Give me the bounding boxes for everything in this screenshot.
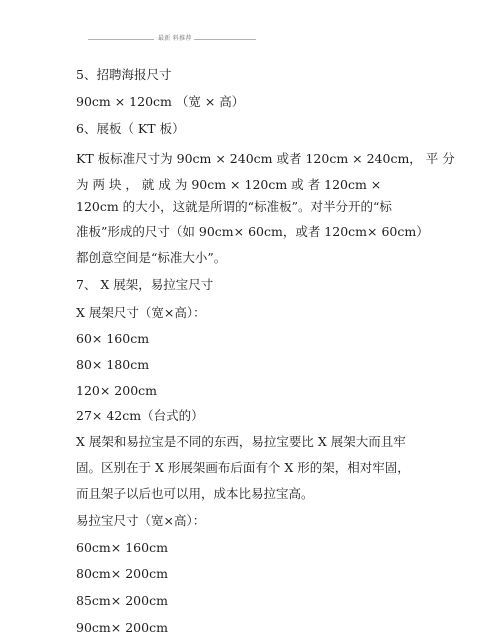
section-heading-5: 5、招聘海报尺寸 bbox=[76, 67, 171, 83]
size-item: 80× 180cm bbox=[76, 357, 149, 373]
size-item: 60× 160cm bbox=[76, 331, 149, 347]
paragraph-line: 准板”形成的尺寸（如 90cm× 60cm，或者 120cm× 60cm） bbox=[76, 224, 429, 240]
size-item: 85cm× 200cm bbox=[76, 593, 168, 609]
size-item: 27× 42cm（台式的） bbox=[76, 408, 204, 424]
size-item: 80cm× 200cm bbox=[76, 566, 168, 582]
subheading-rollup: 易拉宝尺寸（宽×高）： bbox=[76, 513, 205, 529]
paragraph-line: KT 板标准尺寸为 90cm × 240cm 或者 120cm × 240cm，… bbox=[76, 151, 455, 167]
size-item: 90cm× 200cm bbox=[76, 620, 168, 636]
text-line: 90cm × 120cm （宽 × 高） bbox=[76, 94, 244, 110]
subheading-x-stand: X 展架尺寸（宽×高）： bbox=[76, 305, 206, 321]
size-item: 60cm× 160cm bbox=[76, 540, 168, 556]
paragraph-line: 为 两 块 ， 就 成 为 90cm × 120cm 或 者 120cm × bbox=[76, 177, 381, 193]
section-heading-7: 7、 X 展架，易拉宝尺寸 bbox=[76, 277, 213, 293]
paragraph-line: 而且架子以后也可以用，成本比易拉宝高。 bbox=[76, 486, 314, 502]
paragraph-line: 固。区别在于 X 形展架画布后面有个 X 形的架，相对牢固， bbox=[76, 460, 410, 476]
paragraph-line: X 展架和易拉宝是不同的东西，易拉宝要比 X 展架大而且牢 bbox=[76, 434, 406, 450]
section-heading-6: 6、展板（ KT 板） bbox=[76, 121, 185, 137]
header-rule-left bbox=[88, 39, 154, 40]
header-label: 最新 料推荐 bbox=[158, 33, 192, 42]
header-rule-right bbox=[194, 39, 256, 40]
page-header: 最新 料推荐 bbox=[88, 32, 256, 46]
paragraph-line: 120cm 的大小，这就是所谓的“标准板”。对半分开的“标 bbox=[76, 199, 392, 215]
paragraph-line: 都创意空间是“标准大小”。 bbox=[76, 250, 226, 266]
size-item: 120× 200cm bbox=[76, 383, 157, 399]
